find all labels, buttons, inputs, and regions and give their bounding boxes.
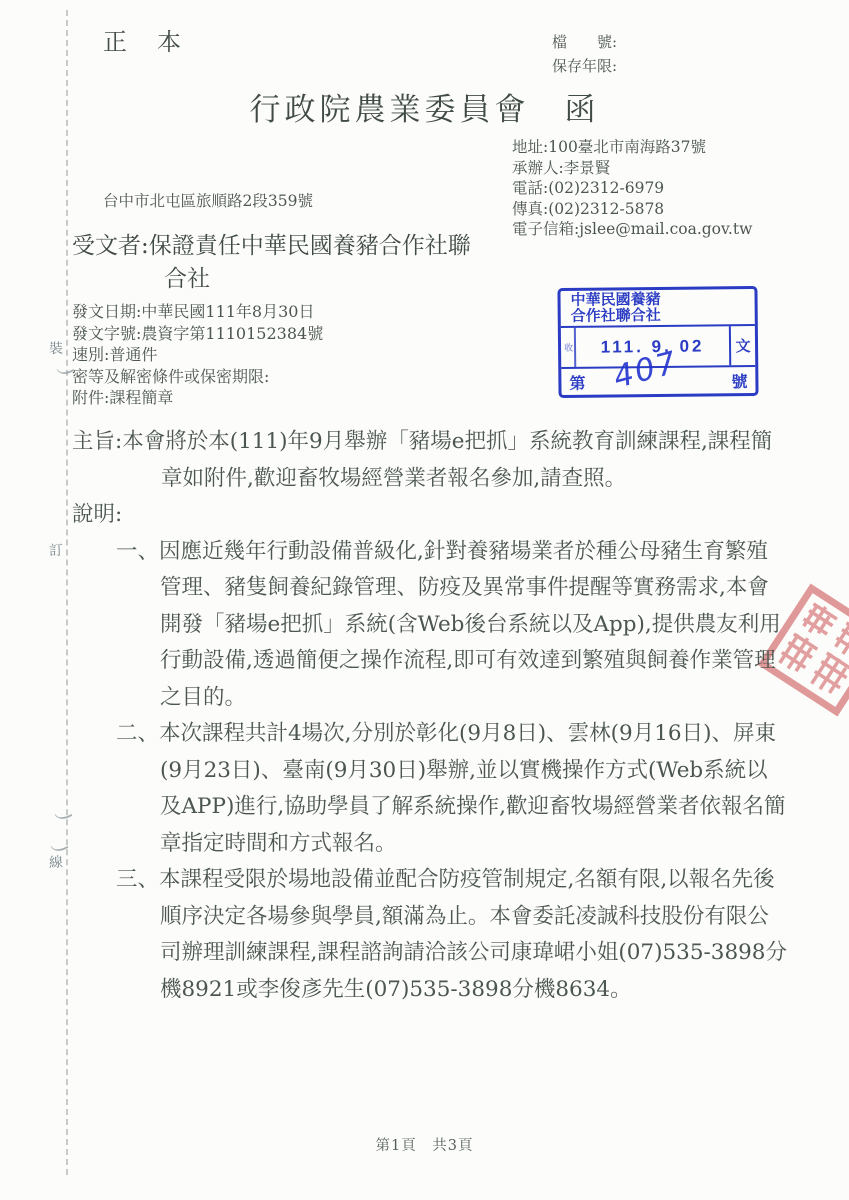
document-page: 裝 訂 線 正本 檔 號: 保存年限: 行政院農業委員會 函 地址:100臺北市… — [0, 0, 849, 1200]
agency-address: 地址:100臺北市南海路37號 — [512, 137, 752, 158]
recipient-block: 受文者:保證責任中華民國養豬合作社聯 合社 — [72, 230, 471, 296]
agency-phone: 電話:(02)2312-6979 — [512, 178, 752, 199]
subject-paragraph: 主旨:本會將於本(111)年9月舉辦「豬場e把抓」系統教育訓練課程,課程簡章如附… — [72, 424, 788, 497]
binding-mark-ding: 訂 — [49, 540, 64, 560]
agency-contact-block: 地址:100臺北市南海路37號 承辦人:李景賢 電話:(02)2312-6979… — [512, 137, 752, 240]
binding-dashed-line — [66, 10, 68, 1175]
letter-body: 主旨:本會將於本(111)年9月舉辦「豬場e把抓」系統教育訓練課程,課程簡章如附… — [72, 424, 788, 1008]
security-class: 密等及解密條件或保密期限: — [72, 366, 323, 388]
speed-class: 速別:普通件 — [72, 344, 323, 366]
attachment: 附件:課程簡章 — [72, 387, 323, 409]
explanation-item-1: 一、因應近幾年行動設備普級化,針對養豬場業者於種公母豬生育繁殖管理、豬隻飼養紀錄… — [72, 534, 788, 717]
file-number-label: 檔 號: — [552, 30, 617, 54]
recipient-mailing-address: 台中市北屯區旅順路2段359號 — [103, 189, 313, 211]
agency-fax: 傳真:(02)2312-5878 — [512, 199, 752, 220]
agency-email: 電子信箱:jslee@mail.coa.gov.tw — [512, 219, 752, 240]
issue-date: 發文日期:中華民國111年8月30日 — [72, 301, 323, 323]
issue-number: 發文字號:農資字第1110152384號 — [72, 323, 323, 345]
recipient-line1: 受文者:保證責任中華民國養豬合作社聯 — [72, 230, 471, 263]
binding-mark-xian: 線 — [49, 852, 64, 872]
explanation-item-3: 三、本課程受限於場地設備並配合防疫管制規定,名額有限,以報名先後順序決定各場參與… — [72, 862, 788, 1008]
document-title: 行政院農業委員會 函 — [0, 84, 849, 129]
pen-mark — [55, 807, 73, 823]
binding-mark-zhuang: 裝 — [49, 338, 64, 358]
receipt-stamp-doc-char: 文 — [729, 326, 755, 365]
page-number-footer: 第1頁 共3頁 — [0, 1134, 849, 1155]
receipt-stamp-receive-char: 收 — [561, 328, 576, 367]
retention-period-label: 保存年限: — [552, 54, 617, 78]
agency-contact-person: 承辦人:李景賢 — [512, 158, 752, 179]
receipt-stamp-org-name: 中華民國養豬 合作社聯合社 — [560, 289, 754, 328]
explanation-item-2: 二、本次課程共計4場次,分別於彰化(9月8日)、雲林(9月16日)、屏東(9月2… — [72, 716, 788, 862]
copy-type-label: 正本 — [103, 22, 211, 57]
explanation-label: 說明: — [72, 497, 788, 534]
receipt-stamp: 中華民國養豬 合作社聯合社 收 111. 9. 02 文 第 號 407 — [557, 286, 758, 398]
receipt-stamp-org-row2: 合作社聯合社 — [571, 306, 745, 324]
recipient-line2: 合社 — [164, 263, 471, 296]
receipt-stamp-number-prefix: 第 — [569, 370, 585, 393]
document-meta-block: 發文日期:中華民國111年8月30日 發文字號:農資字第1110152384號 … — [72, 301, 323, 409]
file-number-block: 檔 號: 保存年限: — [552, 30, 617, 78]
receipt-stamp-number-suffix: 號 — [731, 369, 747, 392]
